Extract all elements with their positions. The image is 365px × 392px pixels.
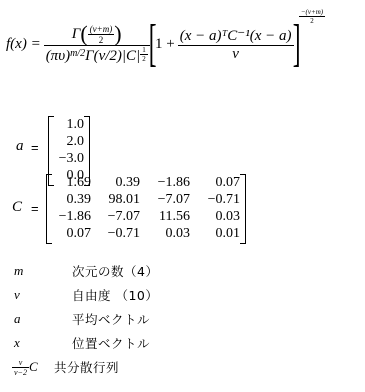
matrix-cell: −1.86 <box>158 175 190 191</box>
legend-description: 自由度 （10） <box>72 286 158 304</box>
legend-description: 平均ベクトル <box>72 310 150 328</box>
bracket-left <box>46 174 52 244</box>
paren-open: ( <box>80 23 87 45</box>
gamma-arg-den: 2 <box>97 35 106 45</box>
det-exp-num: 1 <box>140 46 148 54</box>
t-distribution-formula: f(x) = Γ ( (ν+m) 2 ) (πυ) m/2 Γ(ν/2)|C| … <box>6 4 365 84</box>
legend-item: x 位置ベクトル <box>14 333 150 353</box>
bracket-close: ] <box>292 18 300 70</box>
paren-close: ) <box>114 23 121 45</box>
quadratic-denominator: ν <box>230 46 241 63</box>
gamma-symbol: Γ <box>72 26 81 43</box>
legend-symbol: m <box>14 263 72 279</box>
det-exp-den: 2 <box>140 55 148 63</box>
legend-description: 次元の数（4） <box>72 262 158 280</box>
gamma-det: Γ(ν/2)|C| <box>85 48 140 65</box>
matrix-cell: −0.71 <box>208 192 240 208</box>
outer-exponent: −(ν+m) 2 <box>299 8 325 25</box>
legend-item: ν ν−2 C 共分散行列 <box>14 357 119 377</box>
gamma-numerator: Γ ( (ν+m) 2 ) <box>70 23 124 45</box>
legend-symbol: x <box>14 335 72 351</box>
bracket-open: [ <box>148 18 156 70</box>
normalization-fraction: Γ ( (ν+m) 2 ) (πυ) m/2 Γ(ν/2)|C| 1 2 <box>44 23 150 65</box>
quadratic-numerator: (x − a)ᵀC⁻¹(x − a) <box>178 26 294 45</box>
den-exponent: m/2 <box>70 48 85 59</box>
legend-symbol: ν ν−2 C <box>12 358 54 377</box>
matrix-cell: 0.07 <box>67 226 92 242</box>
gamma-arg-num: (ν+m) <box>88 24 115 34</box>
vector-a-value: 2.0 <box>67 134 85 150</box>
scale-den: ν−2 <box>12 368 29 377</box>
legend-symbol: ν <box>14 287 72 303</box>
normalization-denominator: (πυ) m/2 Γ(ν/2)|C| 1 2 <box>44 46 150 65</box>
equals-sign: = <box>31 140 39 155</box>
legend-item: ν 自由度 （10） <box>14 285 158 305</box>
matrix-cell: −0.71 <box>108 226 140 242</box>
matrix-cell: 1.69 <box>67 175 92 191</box>
scale-num: ν <box>17 358 25 367</box>
legend-item: a 平均ベクトル <box>14 309 150 329</box>
matrix-cell: 0.03 <box>216 209 241 225</box>
legend-item: m 次元の数（4） <box>14 261 158 281</box>
matrix-cell: 0.01 <box>216 226 241 242</box>
matrix-cell: 0.07 <box>216 175 241 191</box>
pi-nu: (πυ) <box>46 48 70 65</box>
quadratic-fraction: (x − a)ᵀC⁻¹(x − a) ν <box>178 26 294 63</box>
matrix-cell: 11.56 <box>159 209 190 225</box>
legend-description: 位置ベクトル <box>72 334 150 352</box>
matrix-c-body: 1.69 0.39 −1.86 0.07 0.39 98.01 −7.07 −0… <box>46 174 246 244</box>
outer-exp-num: −(ν+m) <box>299 8 325 16</box>
matrix-cell: 0.03 <box>166 226 191 242</box>
matrix-cell: −7.07 <box>108 209 140 225</box>
matrix-cell: −1.86 <box>59 209 91 225</box>
scale-fraction: ν ν−2 <box>12 358 29 377</box>
legend-symbol: a <box>14 311 72 327</box>
bracket-right <box>240 174 246 244</box>
vector-a-value: −3.0 <box>59 151 84 167</box>
equals-sign: = <box>31 201 39 216</box>
outer-exp-den: 2 <box>308 17 316 25</box>
vector-a-value: 1.0 <box>67 117 85 133</box>
formula-lhs: f(x) = <box>6 36 41 53</box>
matrix-cell: 98.01 <box>109 192 141 208</box>
det-exponent: 1 2 <box>140 46 148 63</box>
matrix-cell: −7.07 <box>158 192 190 208</box>
legend-description: 共分散行列 <box>54 358 119 376</box>
matrix-cell: 0.39 <box>116 175 141 191</box>
gamma-arg-fraction: (ν+m) 2 <box>88 24 115 45</box>
matrix-c-label: C <box>12 199 22 216</box>
bracket-one: 1 + <box>155 36 175 53</box>
matrix-cell: 0.39 <box>67 192 92 208</box>
scale-matrix: C <box>29 359 38 375</box>
matrix-c: C = 1.69 0.39 −1.86 0.07 0.39 98.01 −7.0… <box>0 168 260 248</box>
vector-a-label: a <box>16 138 24 155</box>
